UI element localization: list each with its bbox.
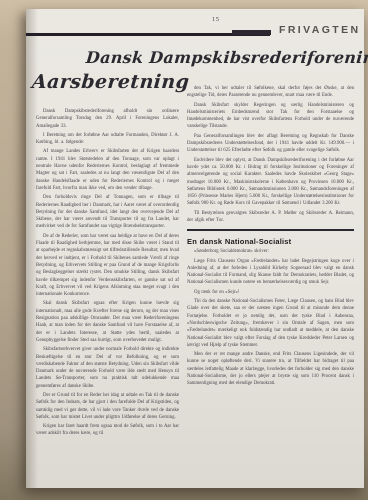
paragraph: Skal dansk Skibsfart ogsaa efter Krigen … <box>36 300 179 344</box>
right-column: den Tak, vi her udtaler til Søfolkene, s… <box>187 85 354 477</box>
article-title-line2: Aarsberetning <box>31 71 190 93</box>
section2-heading: En dansk National-Socialist <box>187 238 354 245</box>
paragraph: Den forholdsvis ringe Del af Tonnagen, s… <box>36 194 179 230</box>
paragraph: Dansk Skibsfart skylder Regeringen og sæ… <box>187 102 354 131</box>
paragraph: Endvidere blev det oplyst, at Dansk Damp… <box>187 157 354 208</box>
paragraph: den Tak, vi her udtaler til Søfolkene, s… <box>187 85 354 100</box>
paragraph: Til Bestyrelsen genvalgtes Skibsreder A.… <box>187 210 354 225</box>
section-divider-rule <box>187 229 354 231</box>
paragraph: De af de Rederier, som har været saa hel… <box>36 233 179 299</box>
scanned-photo-backdrop: 15 FRIVAGTEN Dansk Dampskibsrederiforeni… <box>0 0 368 500</box>
paragraph: »Sønderborg Socialdemokrat« skriver: <box>187 248 354 255</box>
paragraph: Paa Generalforsamlingen blev der aflagt … <box>187 133 354 155</box>
page-number: 15 <box>212 16 220 23</box>
paragraph: Skibsfartserhvervet giver under normale … <box>36 346 179 390</box>
paragraph: Dansk Dampskibsrederiforening afholdt si… <box>36 108 179 130</box>
paragraph: Læge Frits Clausens Organ »Fædrelandet« … <box>187 258 354 287</box>
paragraph: Af mange Landes Erhverv er Skibsfarten d… <box>36 148 179 192</box>
paragraph: I Beretning om det forløbne Aar udtalte … <box>36 132 179 147</box>
paragraph: Krigen har faret haardt frem ogsaa mod d… <box>36 423 179 438</box>
paragraph: Thi da den danske National-Socialismes F… <box>187 298 354 349</box>
paragraph: Og tænk for en »Sejr«! <box>187 289 354 296</box>
left-column: Dansk Dampskibsrederiforening afholdt si… <box>36 108 179 460</box>
article-title-line1: Dansk Dampskibsrederiforenings <box>85 48 353 67</box>
paragraph: Men der er ret mange andre Danske, end F… <box>187 351 354 387</box>
paragraph: Der er Grund til for en Reder her idag a… <box>36 392 179 421</box>
masthead-dash <box>232 30 271 35</box>
masthead-title: FRIVAGTEN <box>279 24 361 36</box>
magazine-page: 15 FRIVAGTEN Dansk Dampskibsrederiforeni… <box>26 9 364 488</box>
